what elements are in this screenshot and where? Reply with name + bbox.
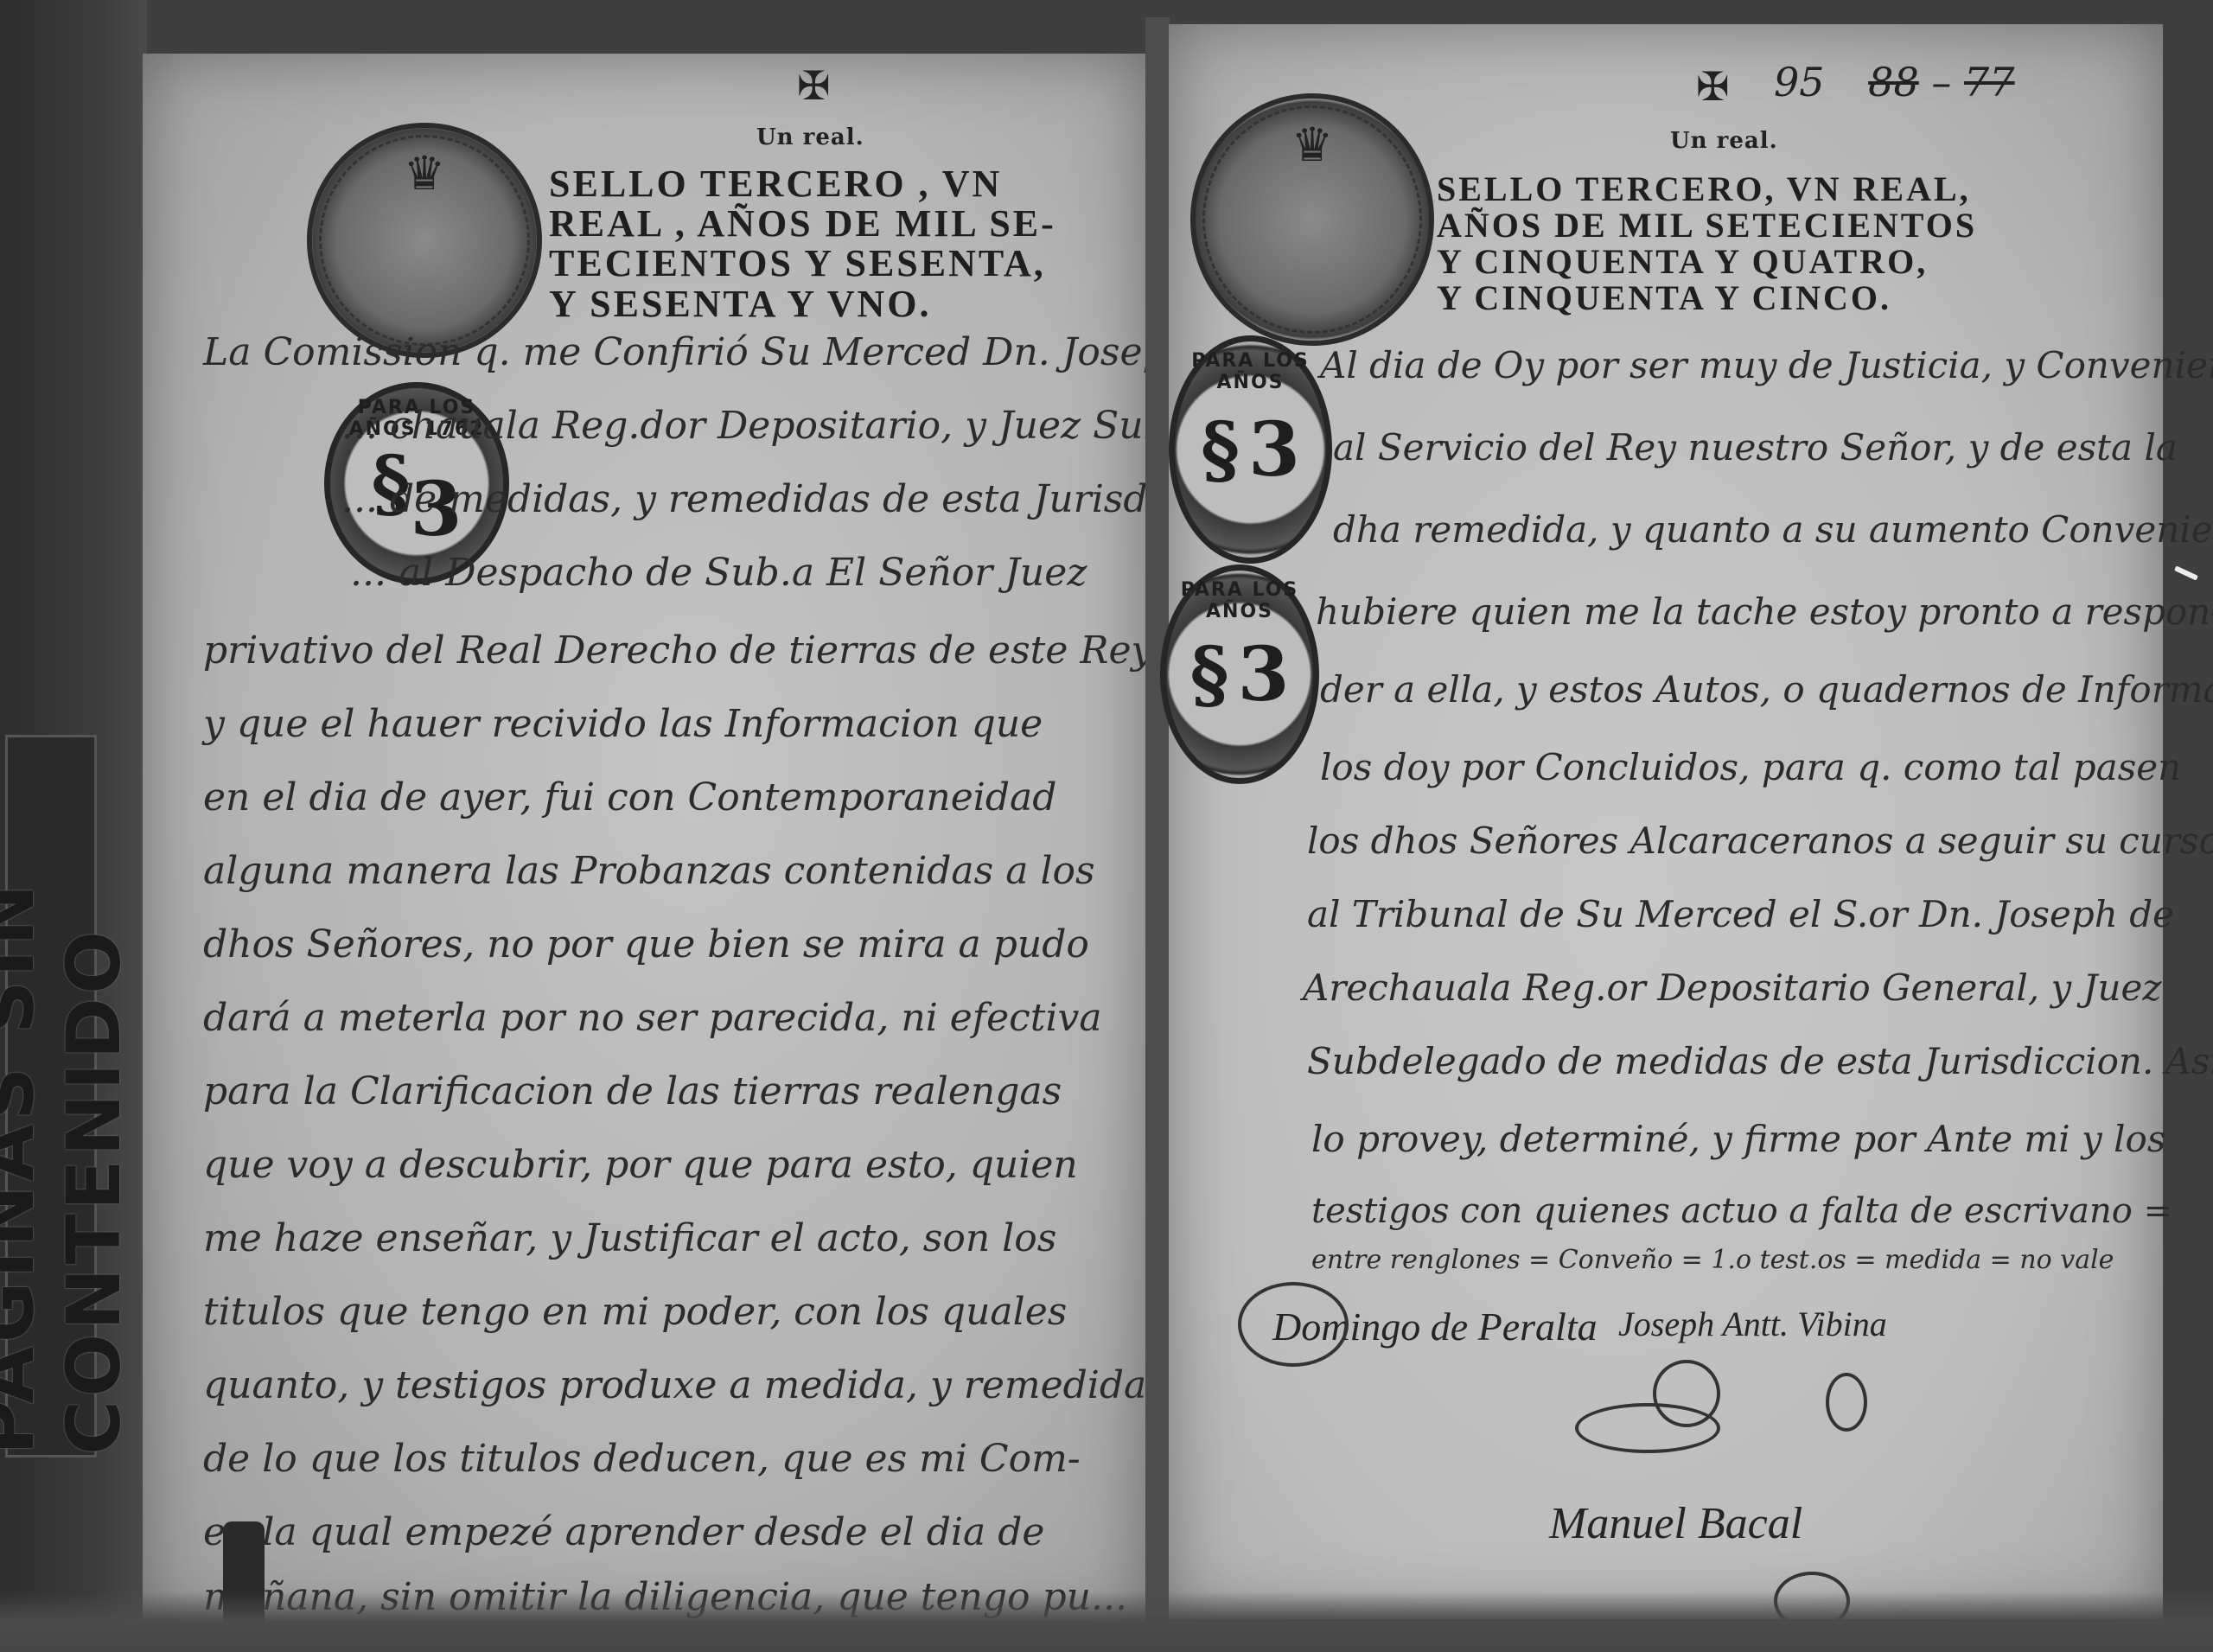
signature-manuel-bacal: Manuel Bacal bbox=[1549, 1498, 1802, 1549]
manuscript-line: quanto, y testigos produxe a medida, y r… bbox=[203, 1363, 1146, 1407]
rubric-flourish bbox=[1653, 1360, 1720, 1427]
tax-stamp-right-2: PARA LOS AÑOS § 3 bbox=[1160, 564, 1319, 784]
manuscript-line: La Comission q. me Confirió Su Merced Dn… bbox=[203, 330, 1191, 374]
manuscript-line: me haze enseñar, y Justificar el acto, s… bbox=[203, 1216, 1056, 1260]
manuscript-line: al Tribunal de Su Merced el S.or Dn. Jos… bbox=[1307, 893, 2174, 935]
manuscript-line: der a ella, y estos Autos, o quadernos d… bbox=[1320, 668, 2213, 711]
royal-seal-right: ♛ bbox=[1190, 93, 1434, 346]
seal-heading-right: SELLO TERCERO, VN REAL, AÑOS DE MIL SETE… bbox=[1437, 171, 1977, 316]
manuscript-line: dhos Señores, no por que bien se mira a … bbox=[203, 922, 1089, 966]
manuscript-line: los dhos Señores Alcaraceranos a seguir … bbox=[1307, 820, 2213, 862]
folio-dash: – bbox=[1931, 59, 1951, 105]
signature-joseph-vibina: Joseph Antt. Vibina bbox=[1618, 1304, 1887, 1344]
folio-struck: 88 bbox=[1868, 59, 1919, 105]
manuscript-line: que voy a descubrir, por que para esto, … bbox=[203, 1143, 1078, 1187]
manuscript-line: y que el hauer recivido las Informacion … bbox=[203, 702, 1043, 746]
manuscript-line: en el dia de ayer, fui con Contemporanei… bbox=[203, 775, 1056, 820]
manuscript-line: Subdelegado de medidas de esta Jurisdicc… bbox=[1307, 1040, 2213, 1082]
manuscript-line: Al dia de Oy por ser muy de Justicia, y … bbox=[1320, 344, 2213, 386]
manuscript-line: testigos con quienes actuo a falta de es… bbox=[1311, 1191, 2172, 1231]
binder-spine: PAGINAS SIN CONTENIDO bbox=[0, 0, 147, 1652]
seal-heading-line: Y SESENTA Y VNO. bbox=[549, 284, 1056, 324]
manuscript-line: al Servicio del Rey nuestro Señor, y de … bbox=[1333, 426, 2178, 469]
section-mark-icon: § bbox=[1190, 631, 1229, 718]
manuscript-line: entre renglones = Conveño = 1.o test.os … bbox=[1311, 1245, 2114, 1275]
rubric-flourish bbox=[1826, 1373, 1867, 1432]
manuscript-line: alguna manera las Probanzas contenidas a… bbox=[203, 849, 1095, 893]
stamp-number: 3 bbox=[1248, 406, 1300, 494]
manuscript-line: para la Clarificacion de las tierras rea… bbox=[203, 1069, 1062, 1113]
rubric-flourish bbox=[1238, 1282, 1349, 1367]
stamp-number: 3 bbox=[1238, 631, 1290, 718]
section-mark-icon: § bbox=[1201, 406, 1240, 494]
seal-heading-line: Y CINQUENTA Y QUATRO, bbox=[1437, 244, 1977, 280]
manuscript-line: en la qual empezé aprender desde el dia … bbox=[203, 1510, 1044, 1554]
manuscript-line: ... chauala Reg.dor Depositario, y Juez … bbox=[341, 404, 1181, 448]
folio-current: 95 bbox=[1774, 59, 1825, 105]
scan-speck bbox=[2174, 565, 2198, 580]
left-page: ♛ ✠ Un real. SELLO TERCERO , VN REAL , A… bbox=[143, 54, 1145, 1627]
spine-label-text: PAGINAS SIN CONTENIDO bbox=[0, 737, 137, 1455]
seal-heading-line: TECIENTOS Y SESENTA, bbox=[549, 244, 1056, 284]
right-page: ♛ ✠ 95 88 – 77 Un real. SELLO TERCERO, V… bbox=[1169, 24, 2163, 1619]
stamp-legend: PARA LOS AÑOS bbox=[1166, 579, 1313, 622]
stamp-value: Un real. bbox=[1670, 128, 1778, 154]
seal-heading-left: SELLO TERCERO , VN REAL , AÑOS DE MIL SE… bbox=[549, 164, 1056, 324]
seal-heading-line: Y CINQUENTA Y CINCO. bbox=[1437, 280, 1977, 316]
seal-heading-line: REAL , AÑOS DE MIL SE- bbox=[549, 204, 1056, 244]
manuscript-line: los doy por Concluidos, para q. como tal… bbox=[1320, 746, 2181, 788]
cross-icon: ✠ bbox=[797, 62, 831, 109]
manuscript-line: Arechauala Reg.or Depositario General, y… bbox=[1303, 966, 2161, 1009]
folio-alt: 77 bbox=[1964, 59, 2015, 105]
stamp-value: Un real. bbox=[756, 124, 864, 150]
manuscript-line: de lo que los titulos deducen, que es mi… bbox=[203, 1437, 1081, 1481]
page-gutter bbox=[1145, 17, 1170, 1617]
seal-heading-line: SELLO TERCERO , VN bbox=[549, 164, 1056, 204]
manuscript-line: hubiere quien me la tache estoy pronto a… bbox=[1316, 590, 2213, 633]
spine-label: PAGINAS SIN CONTENIDO bbox=[5, 735, 97, 1457]
manuscript-line: titulos que tengo en mi poder, con los q… bbox=[203, 1290, 1067, 1334]
royal-seal-left: ♛ bbox=[307, 123, 542, 358]
tax-stamp-right-1: PARA LOS AÑOS § 3 bbox=[1169, 335, 1332, 564]
manuscript-line: privativo del Real Derecho de tierras de… bbox=[203, 628, 1200, 673]
manuscript-line: ... al Despacho de Sub.a El Señor Juez bbox=[350, 551, 1087, 595]
crown-icon: ♛ bbox=[404, 146, 445, 201]
crown-icon: ♛ bbox=[1291, 118, 1333, 172]
manuscript-line: dha remedida, y quanto a su aumento Conv… bbox=[1333, 508, 2213, 551]
stamp-legend: PARA LOS AÑOS bbox=[1175, 350, 1326, 393]
seal-heading-line: SELLO TERCERO, VN REAL, bbox=[1437, 171, 1977, 207]
scan-bottom-edge bbox=[0, 1591, 2213, 1652]
manuscript-line: ... de medidas, y remedidas de esta Juri… bbox=[341, 477, 1262, 521]
manuscript-line: dará a meterla por no ser parecida, ni e… bbox=[203, 996, 1102, 1040]
folio-number: 95 88 – 77 bbox=[1774, 59, 2015, 105]
seal-heading-line: AÑOS DE MIL SETECIENTOS bbox=[1437, 207, 1977, 244]
cross-icon: ✠ bbox=[1696, 63, 1730, 110]
manuscript-line: lo provey, determiné, y firme por Ante m… bbox=[1311, 1118, 2165, 1160]
